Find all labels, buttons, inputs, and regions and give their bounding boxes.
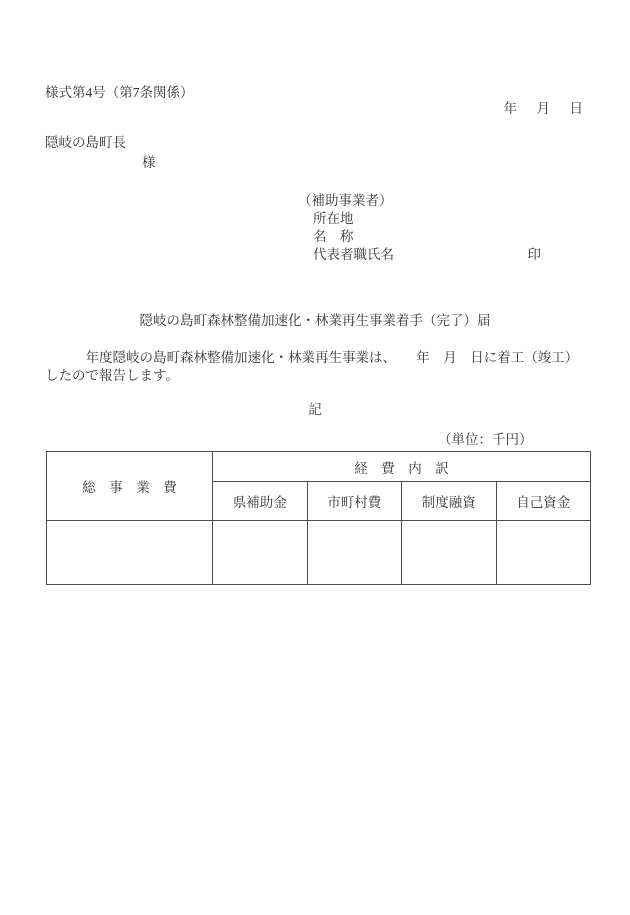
applicant-label: （補助事業者） bbox=[298, 192, 541, 210]
breakdown-header-cell: 経 費 内 訳 bbox=[213, 452, 591, 482]
col-header-prefecture-subsidy: 県補助金 bbox=[213, 482, 308, 521]
cell-municipal-cost bbox=[307, 521, 402, 585]
body-line-2: したので報告します。 bbox=[45, 368, 179, 384]
honorific-sama: 様 bbox=[142, 155, 156, 171]
col-header-municipal-cost: 市町村費 bbox=[307, 482, 402, 521]
addressee: 隠岐の島町長 bbox=[45, 135, 126, 151]
table-header-row-1: 総 事 業 費 経 費 内 訳 bbox=[47, 452, 591, 482]
applicant-field-name: 名 称 bbox=[313, 228, 541, 246]
document-page: 様式第4号（第7条関係） 年 月 日 隠岐の島町長 様 （補助事業者） 所在地 … bbox=[0, 0, 630, 915]
unit-note: （単位：千円） bbox=[438, 432, 533, 448]
cell-prefecture-subsidy bbox=[213, 521, 308, 585]
cost-breakdown-table: 総 事 業 費 経 費 内 訳 県補助金 市町村費 制度融資 自己資金 bbox=[46, 451, 591, 585]
col-header-own-funds: 自己資金 bbox=[496, 482, 591, 521]
applicant-block: （補助事業者） 所在地 名 称 代表者職氏名 印 bbox=[298, 192, 541, 264]
cell-own-funds bbox=[496, 521, 591, 585]
applicant-field-address: 所在地 bbox=[313, 210, 541, 228]
body-line-1: 年度隠岐の島町森林整備加速化・林業再生事業は、 年 月 日に着工（竣工） bbox=[45, 350, 578, 366]
cell-institutional-loan bbox=[402, 521, 497, 585]
applicant-field-representative-row: 代表者職氏名 印 bbox=[313, 246, 541, 264]
document-title: 隠岐の島町森林整備加速化・林業再生事業着手（完了）届 bbox=[0, 309, 630, 329]
cell-total-cost bbox=[47, 521, 213, 585]
record-mark: 記 bbox=[0, 398, 630, 418]
applicant-field-representative: 代表者職氏名 bbox=[313, 246, 394, 264]
seal-mark: 印 bbox=[528, 246, 542, 264]
col-header-institutional-loan: 制度融資 bbox=[402, 482, 497, 521]
total-cost-header-cell: 総 事 業 費 bbox=[47, 452, 213, 521]
date-line: 年 月 日 bbox=[504, 101, 587, 117]
form-number: 様式第4号（第7条関係） bbox=[45, 85, 194, 101]
table-data-row bbox=[47, 521, 591, 585]
